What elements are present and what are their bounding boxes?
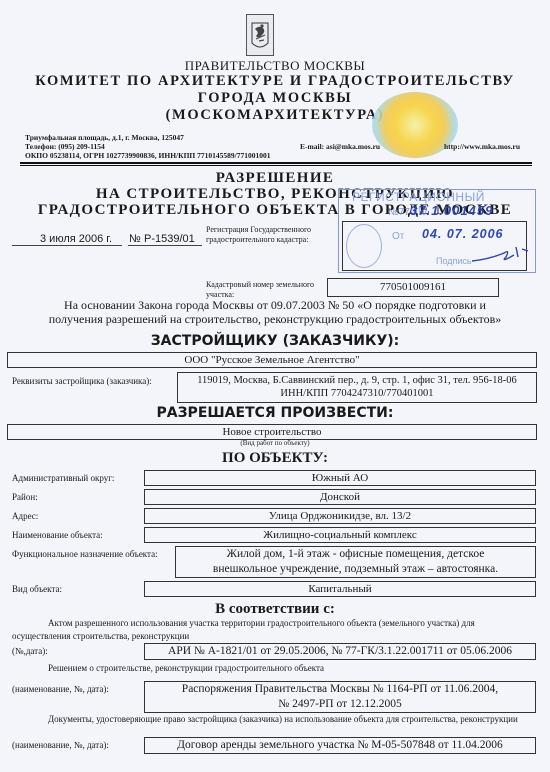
requisites-line-1: 119019, Москва, Б.Саввинский пер., д. 9,… xyxy=(178,374,536,387)
issue-number-sign: № xyxy=(129,233,141,245)
stamp-from-date: 04. 07. 2006 xyxy=(422,227,504,241)
registration-label: Регистрация Государственного градостроит… xyxy=(206,225,324,245)
signature-icon xyxy=(470,243,532,265)
stamp-title: РЕГИСТРАЦИОННЫЙ xyxy=(352,190,485,204)
act-text: Актом разрешенного использования участка… xyxy=(12,617,532,643)
district-label: Административный округ: xyxy=(12,473,114,483)
area-label: Район: xyxy=(12,492,38,502)
requisites-box: 119019, Москва, Б.Саввинский пер., д. 9,… xyxy=(177,372,537,403)
decision-value: Распоряжения Правительства Москвы № 1164… xyxy=(144,681,536,713)
object-name-label: Наименование объекта: xyxy=(12,530,103,540)
act-label: (№,дата): xyxy=(12,645,48,658)
decision-text: Решением о строительстве, реконструкции … xyxy=(12,662,532,675)
committee-email: E-mail: asi@mka.mos.ru xyxy=(300,142,380,151)
issue-date: 3 июля 2006 г. xyxy=(40,233,112,245)
committee-name: КОМИТЕТ ПО АРХИТЕКТУРЕ И ГРАДОСТРОИТЕЛЬС… xyxy=(0,73,550,90)
stamp-number-value: 37.1.001459 xyxy=(410,203,493,218)
number-underline xyxy=(128,245,202,246)
committee-phone: Телефон: (095) 209-1154 xyxy=(25,142,105,151)
committee-abbreviation: (МОСКОМАРХИТЕКТУРА) xyxy=(0,107,550,124)
district-value: Южный АО xyxy=(144,470,536,486)
header-divider-thin xyxy=(20,165,532,166)
government-name: ПРАВИТЕЛЬСТВО МОСКВЫ xyxy=(0,58,550,74)
header-divider xyxy=(20,162,532,164)
area-value: Донской xyxy=(144,489,536,505)
stamp-from-label: От xyxy=(392,231,404,242)
developer-name: ООО "Русское Земельное Агентство" xyxy=(7,352,537,368)
committee-codes: ОКПО 05238114, ОГРН 1027739900836, ИНН/К… xyxy=(25,151,270,160)
documents-text: Документы, удостоверяющие право застройщ… xyxy=(12,713,532,726)
work-type-caption: (Вид работ по объекту) xyxy=(0,439,550,447)
function-label: Функциональное назначение объекта: xyxy=(12,549,158,559)
developer-heading: ЗАСТРОЙЩИКУ (ЗАКАЗЧИКУ): xyxy=(0,333,550,349)
act-value: АРИ № А-1821/01 от 29.05.2006, № 77-ГК/3… xyxy=(144,643,536,660)
stamp-signature-label: Подпись xyxy=(436,256,472,266)
accordance-heading: В соответствии с: xyxy=(0,601,550,618)
moscow-coat-of-arms-icon xyxy=(246,14,274,56)
allowed-heading: РАЗРЕШАЕТСЯ ПРОИЗВЕСТИ: xyxy=(0,405,550,421)
document-title: РАЗРЕШЕНИЕ xyxy=(0,170,550,187)
documents-label: (наименование, №, дата): xyxy=(12,739,109,752)
cadastral-label: Кадастровый номер земельного участка: xyxy=(206,280,322,300)
committee-address: Триумфальная площадь, д.1, г. Москва, 12… xyxy=(25,133,184,142)
committee-website: http://www.mka.mos.ru xyxy=(444,142,520,151)
stamp-seal-icon xyxy=(346,224,382,268)
address-label: Адрес: xyxy=(12,511,38,521)
date-underline xyxy=(12,245,122,246)
requisites-line-2: ИНН/КПП 7704247310/770401001 xyxy=(178,387,536,400)
object-type-value: Капитальный xyxy=(144,581,536,597)
decision-value-line-2: № 2497-РП от 12.12.2005 xyxy=(145,697,535,712)
documents-value: Договор аренды земельного участка № М-05… xyxy=(144,737,536,754)
function-value: Жилой дом, 1-й этаж - офисные помещения,… xyxy=(175,546,536,578)
legal-basis: На основании Закона города Москвы от 09.… xyxy=(0,298,550,326)
object-name-value: Жилищно-социальный комплекс xyxy=(144,527,536,543)
work-type: Новое строительство xyxy=(7,424,537,440)
object-heading: ПО ОБЪЕКТУ: xyxy=(0,450,550,467)
decision-label: (наименование, №, дата): xyxy=(12,683,109,696)
function-value-line-2: внешкольное учреждение, подземный этаж –… xyxy=(176,562,535,577)
function-value-line-1: Жилой дом, 1-й этаж - офисные помещения,… xyxy=(176,547,535,562)
object-type-label: Вид объекта: xyxy=(12,584,62,594)
requisites-label: Реквизиты застройщика (заказчика): xyxy=(12,376,152,386)
address-value: Улица Орджоникидзе, вл. 13/2 xyxy=(144,508,536,524)
committee-city: ГОРОДА МОСКВЫ xyxy=(0,90,550,107)
cadastral-number: 770501009161 xyxy=(327,278,499,297)
issue-number: Р-1539/01 xyxy=(144,233,195,245)
decision-value-line-1: Распоряжения Правительства Москвы № 1164… xyxy=(145,682,535,697)
